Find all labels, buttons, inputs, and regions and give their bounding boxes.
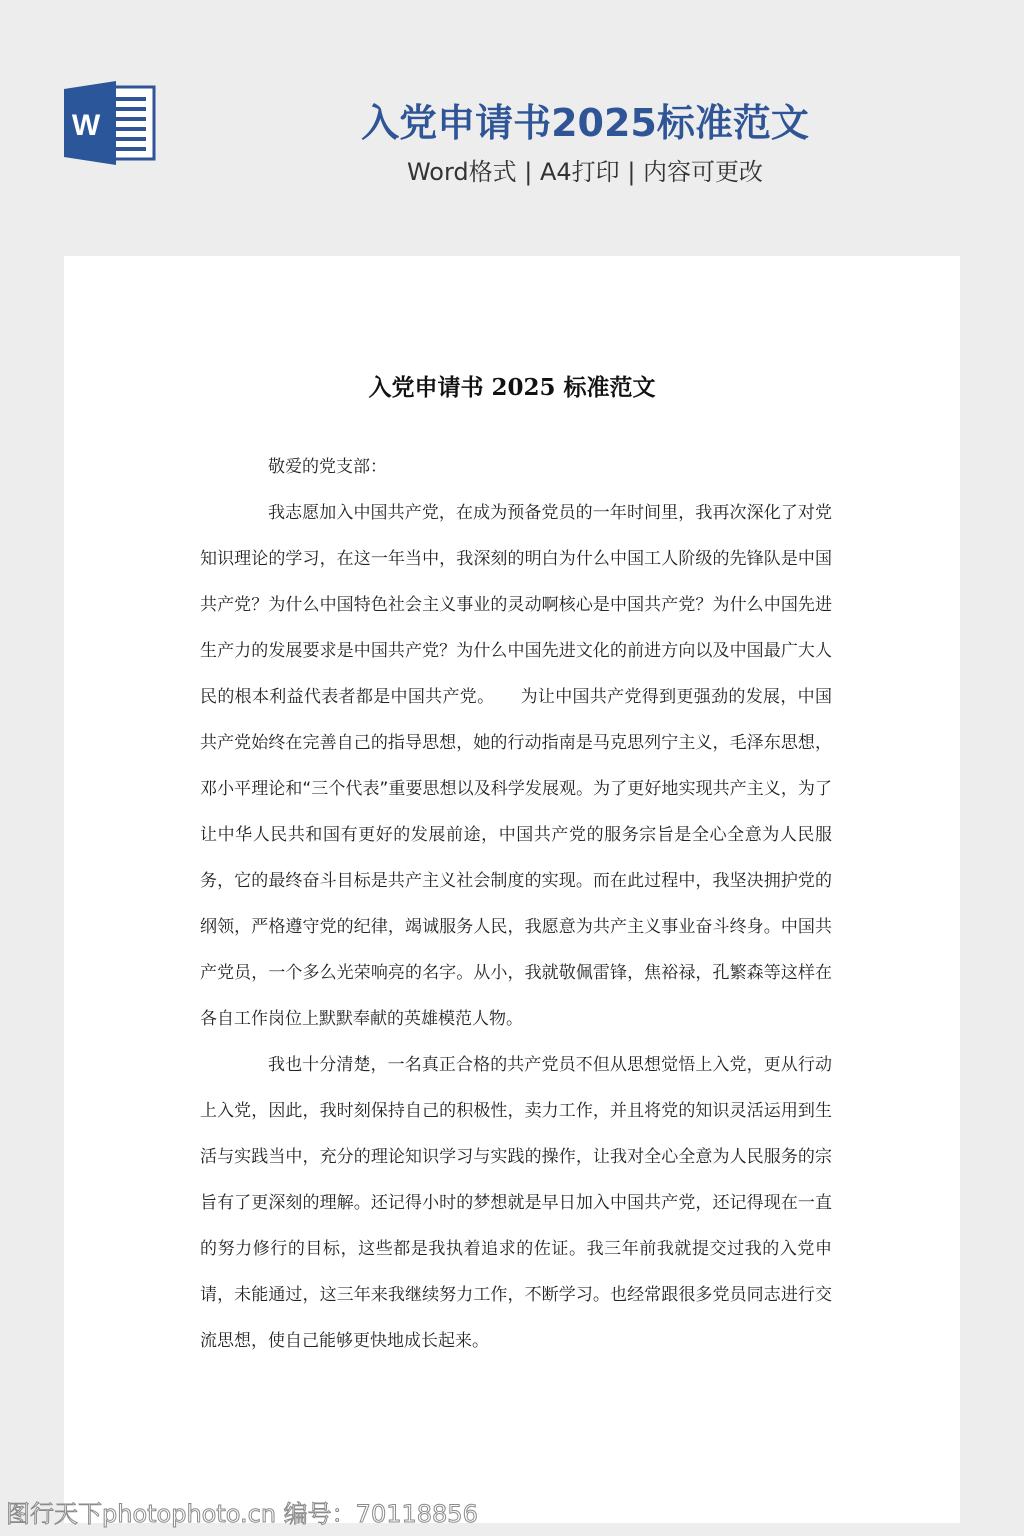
svg-text:W: W [72,109,101,142]
document-body: 敬爱的党支部： 我志愿加入中国共产党，在成为预备党员的一年时间里，我再次深化了对… [200,444,832,1364]
banner-title: 入党申请书2025标准范文 [300,92,870,147]
paragraph: 我志愿加入中国共产党，在成为预备党员的一年时间里，我再次深化了对党知识理论的学习… [200,490,832,1042]
banner-subtitle: Word格式 | A4打印 | 内容可更改 [300,152,870,187]
salutation: 敬爱的党支部： [200,444,832,490]
document-title: 入党申请书 2025 标准范文 [64,369,960,402]
paragraph: 我也十分清楚，一名真正合格的共产党员不但从思想觉悟上入党，更从行动上入党，因此，… [200,1042,832,1364]
document-page: 入党申请书 2025 标准范文 敬爱的党支部： 我志愿加入中国共产党，在成为预备… [64,256,960,1523]
watermark: 图行天下photophoto.cn 编号：70118856 [6,1494,478,1529]
word-document-icon: W [64,81,156,165]
